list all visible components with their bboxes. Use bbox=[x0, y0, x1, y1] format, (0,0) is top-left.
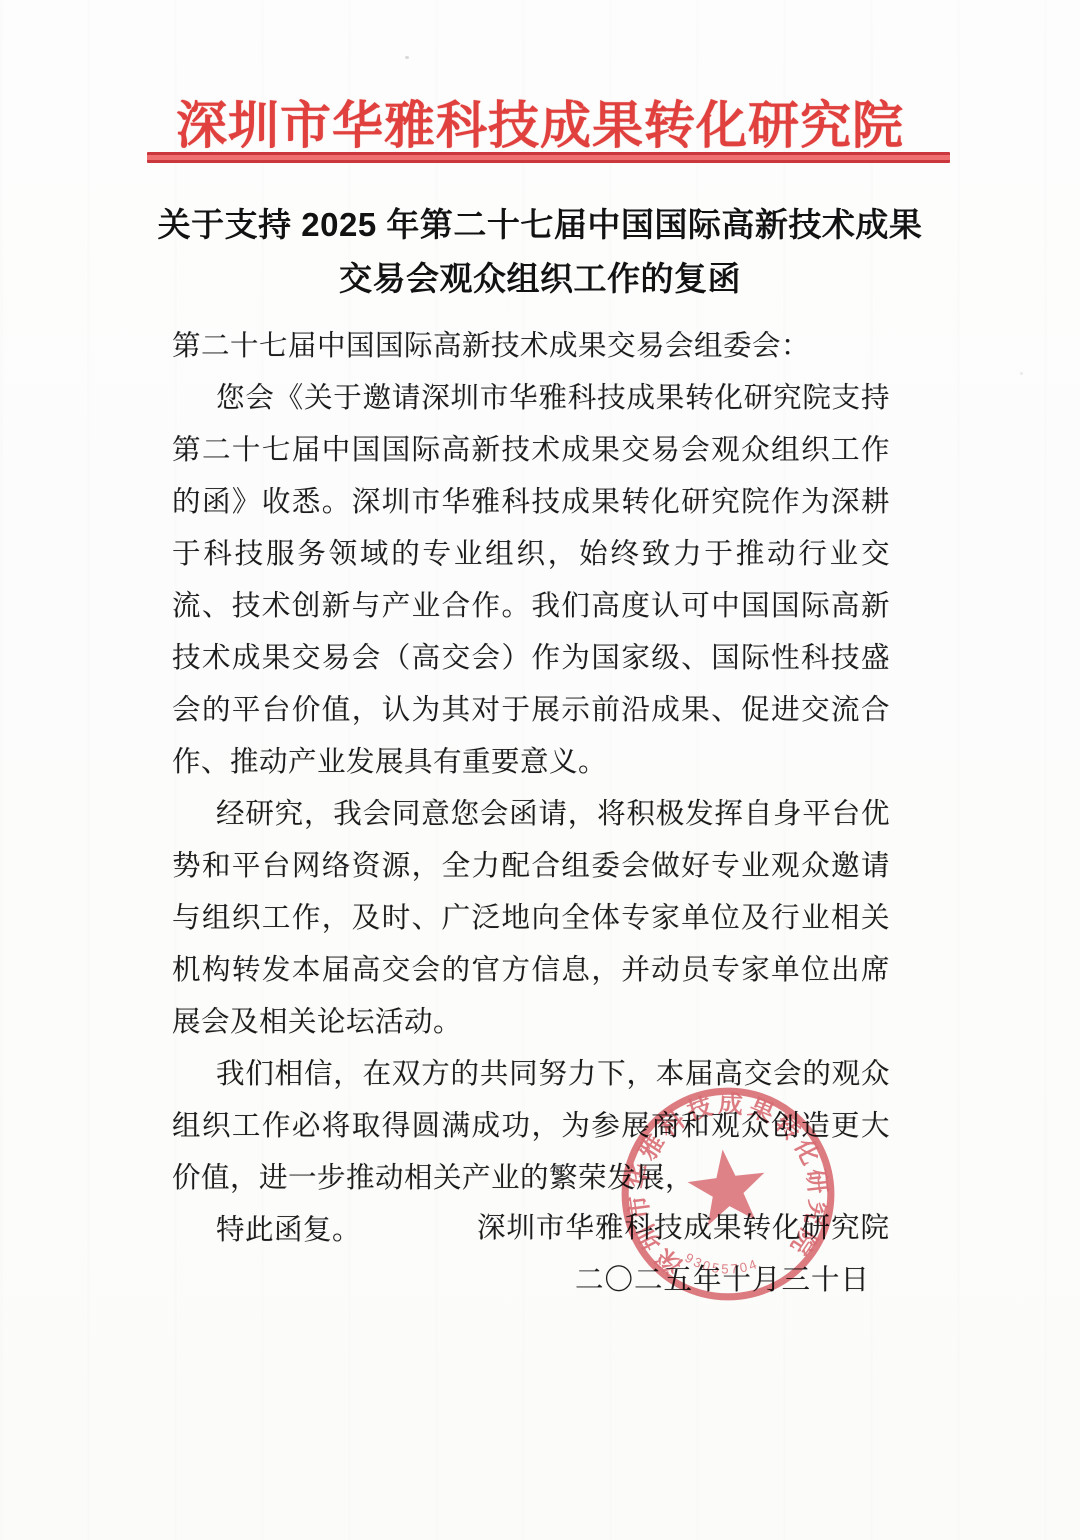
paragraph-1: 您会《关于邀请深圳市华雅科技成果转化研究院支持第二十七届中国国际高新技术成果交易… bbox=[172, 372, 890, 788]
letterhead-rule bbox=[147, 152, 950, 163]
signature-block: 深圳市华雅科技成果转化研究院 二〇二五年十月三十日 bbox=[477, 1202, 890, 1306]
paragraph-2: 经研究，我会同意您会函请，将积极发挥自身平台优势和平台网络资源，全力配合组委会做… bbox=[172, 788, 890, 1048]
paragraph-3: 我们相信，在双方的共同努力下，本届高交会的观众组织工作必将取得圆满成功，为参展商… bbox=[172, 1048, 890, 1204]
scan-speck bbox=[1020, 372, 1023, 375]
signature-org-name: 深圳市华雅科技成果转化研究院 bbox=[477, 1202, 890, 1254]
salutation: 第二十七届中国国际高新技术成果交易会组委会： bbox=[172, 320, 890, 372]
scan-speck bbox=[405, 56, 409, 59]
letterhead-org-name: 深圳市华雅科技成果转化研究院 bbox=[0, 84, 1080, 158]
document-title-line1: 关于支持 2025 年第二十七届中国国际高新技术成果 bbox=[80, 198, 1000, 252]
signature-date: 二〇二五年十月三十日 bbox=[477, 1254, 890, 1306]
letter-body: 第二十七届中国国际高新技术成果交易会组委会： 您会《关于邀请深圳市华雅科技成果转… bbox=[172, 320, 890, 1256]
letter-page: 深圳市华雅科技成果转化研究院 关于支持 2025 年第二十七届中国国际高新技术成… bbox=[0, 0, 1080, 1540]
document-title-line2: 交易会观众组织工作的复函 bbox=[80, 252, 1000, 306]
document-title: 关于支持 2025 年第二十七届中国国际高新技术成果 交易会观众组织工作的复函 bbox=[80, 198, 1000, 306]
